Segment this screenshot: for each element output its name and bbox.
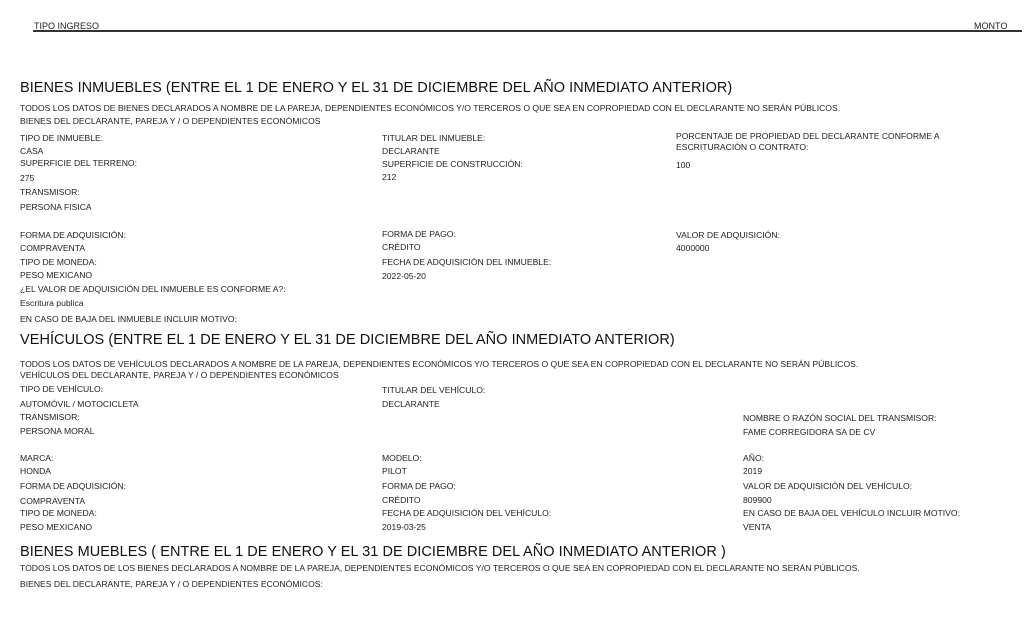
label-marca: MARCA: [20,453,53,463]
label-valor-adquisicion-inmueble: VALOR DE ADQUISICIÓN: [676,230,780,240]
label-anio: AÑO: [743,453,764,463]
value-fecha-adquisicion-vehiculo: 2019-03-25 [382,522,426,532]
value-transmisor-inmueble: PERSONA FISICA [20,202,92,212]
value-valor-adquisicion-vehiculo: 809900 [743,495,772,505]
label-porcentaje-line2: ESCRITURACIÓN O CONTRATO: [676,142,808,152]
value-tipo-moneda-vehiculo: PESO MEXICANO [20,522,92,532]
label-motivo-baja-inmueble: EN CASO DE BAJA DEL INMUEBLE INCLUIR MOT… [20,314,237,324]
value-superficie-construccion: 212 [382,172,396,182]
label-forma-pago-vehiculo: FORMA DE PAGO: [382,481,456,491]
value-fecha-adquisicion-inmueble: 2022-05-20 [382,271,426,281]
label-forma-pago-inmueble: FORMA DE PAGO: [382,229,456,239]
value-tipo-vehiculo: AUTOMÓVIL / MOTOCICLETA [20,399,139,409]
value-superficie-terreno: 275 [20,173,34,183]
value-conforme-a: Escritura publica [20,298,84,308]
label-titular-inmueble: TITULAR DEL INMUEBLE: [382,133,485,143]
header-divider [33,30,1022,32]
value-forma-adquisicion-vehiculo: COMPRAVENTA [20,496,85,506]
label-transmisor-vehiculo: TRANSMISOR: [20,412,80,422]
label-valor-adquisicion-vehiculo: VALOR DE ADQUISICIÓN DEL VEHÍCULO: [743,481,912,491]
section-title: VEHÍCULOS (ENTRE EL 1 DE ENERO Y EL 31 D… [20,332,675,348]
label-fecha-adquisicion-vehiculo: FECHA DE ADQUISICIÓN DEL VEHÍCULO: [382,508,551,518]
label-forma-adquisicion-vehiculo: FORMA DE ADQUISICIÓN: [20,481,126,491]
value-titular-inmueble: DECLARANTE [382,146,440,156]
value-porcentaje: 100 [676,160,690,170]
value-valor-adquisicion-inmueble: 4000000 [676,243,709,253]
value-modelo: PILOT [382,466,407,476]
label-tipo-moneda-vehiculo: TIPO DE MONEDA: [20,508,97,518]
value-forma-pago-vehiculo: CRÉDITO [382,495,421,505]
privacy-note: TODOS LOS DATOS DE VEHÍCULOS DECLARADOS … [20,359,858,369]
label-nombre-transmisor: NOMBRE O RAZÓN SOCIAL DEL TRANSMISOR: [743,413,937,423]
value-anio: 2019 [743,466,762,476]
label-tipo-vehiculo: TIPO DE VEHÍCULO: [20,384,103,394]
label-tipo-inmueble: TIPO DE INMUEBLE: [20,133,103,143]
value-forma-adquisicion-inmueble: COMPRAVENTA [20,243,85,253]
section-title: BIENES INMUEBLES (ENTRE EL 1 DE ENERO Y … [20,80,732,96]
section-title: BIENES MUEBLES ( ENTRE EL 1 DE ENERO Y E… [20,544,726,560]
value-transmisor-vehiculo: PERSONA MORAL [20,426,95,436]
value-titular-vehiculo: DECLARANTE [382,399,440,409]
value-tipo-inmueble: CASA [20,146,43,156]
label-modelo: MODELO: [382,453,422,463]
label-superficie-construccion: SUPERFICIE DE CONSTRUCCIÓN: [382,159,523,169]
label-fecha-adquisicion-inmueble: FECHA DE ADQUISICIÓN DEL INMUEBLE: [382,257,551,267]
label-conforme-a: ¿EL VALOR DE ADQUISICIÓN DEL INMUEBLE ES… [20,284,286,294]
privacy-note: TODOS LOS DATOS DE LOS BIENES DECLARADOS… [20,563,860,573]
section-subtitle: BIENES DEL DECLARANTE, PAREJA Y / O DEPE… [20,579,323,589]
value-tipo-moneda-inmueble: PESO MEXICANO [20,270,92,280]
value-nombre-transmisor: FAME CORREGIDORA SA DE CV [743,427,875,437]
label-tipo-moneda-inmueble: TIPO DE MONEDA: [20,257,97,267]
label-motivo-baja-vehiculo: EN CASO DE BAJA DEL VEHÍCULO INCLUIR MOT… [743,508,960,518]
privacy-note: TODOS LOS DATOS DE BIENES DECLARADOS A N… [20,103,840,113]
label-superficie-terreno: SUPERFICIE DEL TERRENO: [20,158,137,168]
label-titular-vehiculo: TITULAR DEL VEHÍCULO: [382,385,485,395]
label-transmisor-inmueble: TRANSMISOR: [20,187,80,197]
value-marca: HONDA [20,466,51,476]
label-porcentaje-line1: PORCENTAJE DE PROPIEDAD DEL DECLARANTE C… [676,131,940,141]
label-forma-adquisicion-inmueble: FORMA DE ADQUISICIÓN: [20,230,126,240]
value-forma-pago-inmueble: CRÉDITO [382,242,421,252]
section-subtitle: BIENES DEL DECLARANTE, PAREJA Y / O DEPE… [20,116,321,126]
section-subtitle: VEHÍCULOS DEL DECLARANTE, PAREJA Y / O D… [20,370,339,380]
value-motivo-baja-vehiculo: VENTA [743,522,771,532]
